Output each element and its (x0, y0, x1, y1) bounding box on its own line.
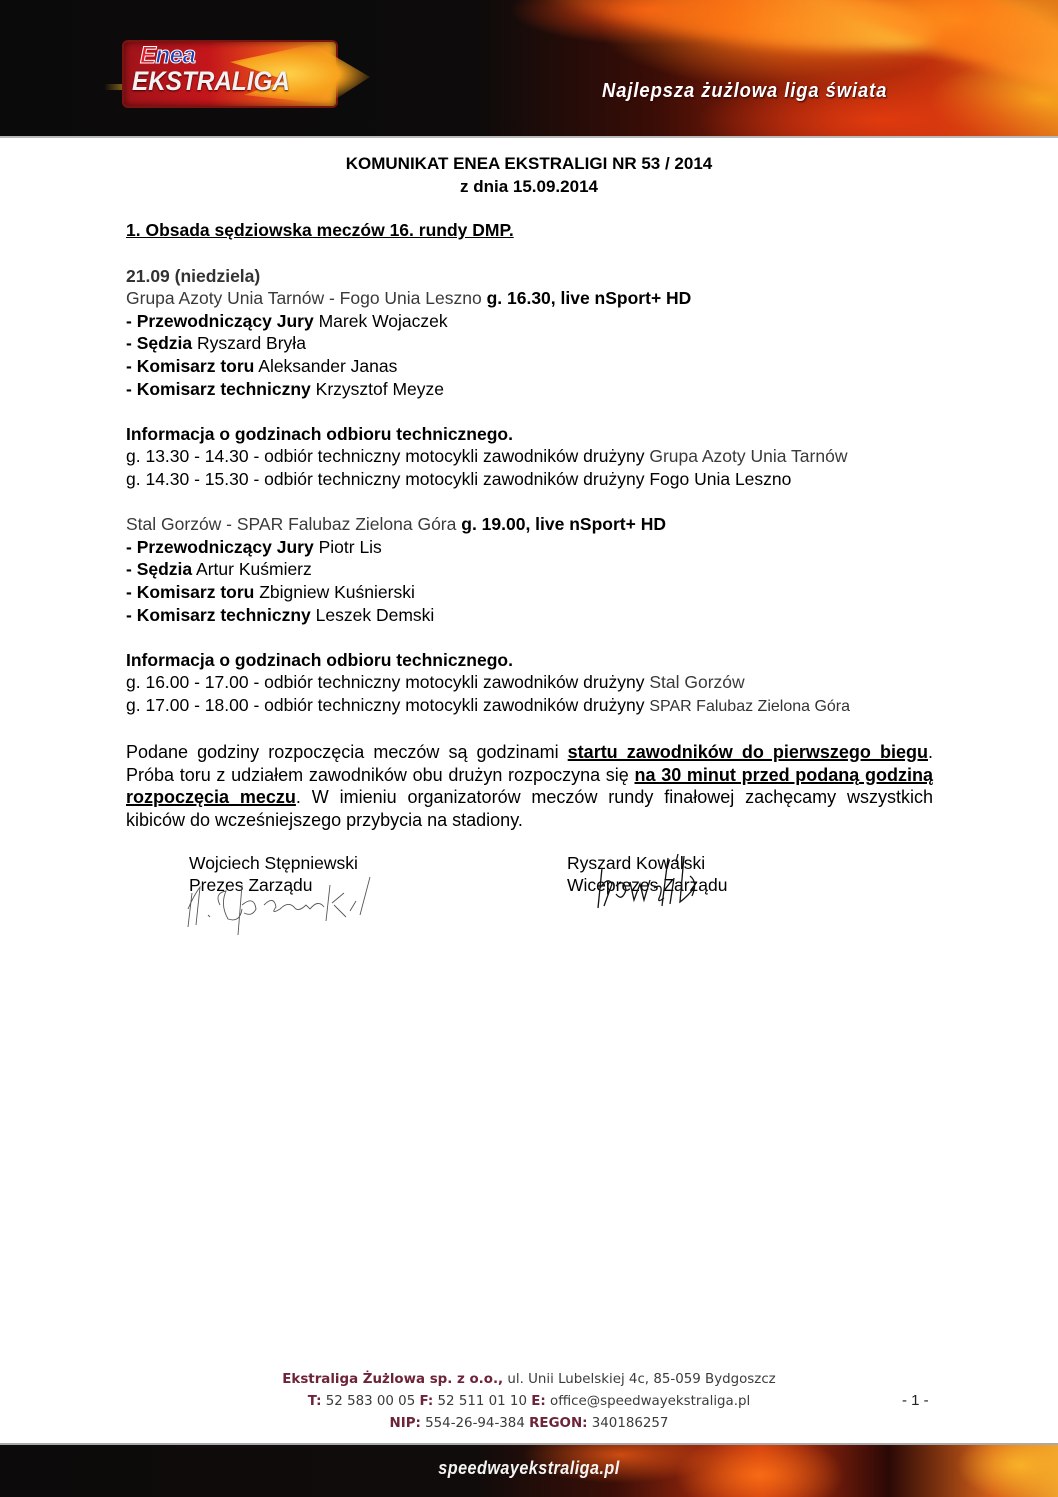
official-row: - Sędzia Ryszard Bryła (126, 332, 933, 355)
tech-slot-team: SPAR Falubaz Zielona Góra (649, 698, 850, 715)
match-teams: Stal Gorzów - SPAR Falubaz Zielona Góra (126, 514, 456, 534)
official-row: - Komisarz techniczny Krzysztof Meyze (126, 378, 933, 401)
company-address-line: Ekstraliga Żużlowa sp. z o.o., ul. Unii … (0, 1369, 1058, 1391)
official-row: - Przewodniczący Jury Marek Wojaczek (126, 310, 933, 333)
signatory-name: Wojciech Stępniewski (189, 852, 358, 874)
nip-label: NIP: (390, 1416, 421, 1431)
logo-ekstraliga-text: EKSTRALIGA (132, 66, 290, 97)
match-time-broadcast: g. 19.00, live nSport+ HD (461, 514, 666, 534)
official-role: - Komisarz toru (126, 356, 254, 376)
official-name: Aleksander Janas (258, 356, 397, 376)
notice-text: Podane godziny rozpoczęcia meczów są god… (126, 742, 568, 762)
footer-website: speedwayekstraliga.pl (53, 1458, 1005, 1479)
match-header: Stal Gorzów - SPAR Falubaz Zielona Góra … (126, 513, 933, 536)
regon-label: REGON: (529, 1416, 587, 1431)
official-name: Krzysztof Meyze (316, 379, 444, 399)
company-contact-line: T: 52 583 00 05 F: 52 511 01 10 E: offic… (0, 1391, 1058, 1413)
tech-slot: g. 17.00 - 18.00 - odbiór techniczny mot… (126, 694, 933, 719)
match-header: Grupa Azoty Unia Tarnów - Fogo Unia Lesz… (126, 287, 933, 310)
notice-emphasis: startu zawodników do pierwszego biegu (568, 742, 928, 762)
phone-label: T: (308, 1394, 322, 1409)
official-row: - Komisarz techniczny Leszek Demski (126, 604, 933, 627)
official-role: - Komisarz techniczny (126, 379, 311, 399)
header-banner: Enea EKSTRALIGA Najlepsza żużlowa liga ś… (0, 0, 1058, 138)
official-name: Leszek Demski (316, 605, 435, 625)
tech-slot-text: g. 14.30 - 15.30 - odbiór techniczny mot… (126, 469, 644, 489)
match-time-broadcast: g. 16.30, live nSport+ HD (487, 288, 692, 308)
regon-value: 340186257 (588, 1416, 669, 1431)
signatory-vice-president: Ryszard Kowalski Wiceprezes Zarządu (567, 852, 727, 896)
tech-slot-text: g. 16.00 - 17.00 - odbiór techniczny mot… (126, 672, 644, 692)
match-day: 21.09 (niedziela) (126, 265, 933, 288)
official-name: Ryszard Bryła (197, 333, 306, 353)
tech-slot-team: Fogo Unia Leszno (649, 469, 791, 489)
signatory-title: Wiceprezes Zarządu (567, 874, 727, 896)
official-name: Artur Kuśmierz (196, 559, 312, 579)
official-name: Marek Wojaczek (319, 311, 448, 331)
company-info: Ekstraliga Żużlowa sp. z o.o., ul. Unii … (0, 1369, 1058, 1435)
email-value: office@speedwayekstraliga.pl (546, 1394, 750, 1409)
fax-value: 52 511 01 10 (433, 1394, 531, 1409)
signatory-name: Ryszard Kowalski (567, 852, 727, 874)
tech-slot-text: g. 13.30 - 14.30 - odbiór techniczny mot… (126, 446, 644, 466)
official-row: - Sędzia Artur Kuśmierz (126, 558, 933, 581)
match-block: Stal Gorzów - SPAR Falubaz Zielona Góra … (126, 513, 933, 718)
fax-label: F: (419, 1394, 433, 1409)
official-role: - Sędzia (126, 333, 192, 353)
tech-slot-team: Grupa Azoty Unia Tarnów (649, 446, 847, 466)
tech-slot-team: Stal Gorzów (649, 672, 744, 692)
document-content: 1. Obsada sędziowska meczów 16. rundy DM… (126, 219, 933, 831)
official-name: Piotr Lis (319, 537, 382, 557)
email-label: E: (531, 1394, 546, 1409)
company-registry-line: NIP: 554-26-94-384 REGON: 340186257 (0, 1413, 1058, 1435)
official-name: Zbigniew Kuśnierski (259, 582, 415, 602)
signatory-president: Wojciech Stępniewski Prezes Zarządu (189, 852, 358, 896)
company-name: Ekstraliga Żużlowa sp. z o.o., (282, 1372, 503, 1387)
tech-slot: g. 16.00 - 17.00 - odbiór techniczny mot… (126, 671, 933, 694)
official-role: - Komisarz techniczny (126, 605, 311, 625)
tech-inspection-heading: Informacja o godzinach odbioru techniczn… (126, 649, 933, 672)
phone-value: 52 583 00 05 (322, 1394, 420, 1409)
page-number: - 1 - (902, 1392, 929, 1409)
nip-value: 554-26-94-384 (421, 1416, 529, 1431)
official-row: - Komisarz toru Zbigniew Kuśnierski (126, 581, 933, 604)
tech-slot: g. 14.30 - 15.30 - odbiór techniczny mot… (126, 468, 933, 491)
tech-slot-text: g. 17.00 - 18.00 - odbiór techniczny mot… (126, 695, 644, 715)
document-date: z dnia 15.09.2014 (0, 175, 1058, 198)
header-tagline: Najlepsza żużlowa liga świata (602, 80, 887, 103)
signatory-title: Prezes Zarządu (189, 874, 358, 896)
match-teams: Grupa Azoty Unia Tarnów - Fogo Unia Lesz… (126, 288, 482, 308)
document-title-block: KOMUNIKAT ENEA EKSTRALIGI NR 53 / 2014 z… (0, 152, 1058, 198)
official-role: - Przewodniczący Jury (126, 311, 314, 331)
tech-slot: g. 13.30 - 14.30 - odbiór techniczny mot… (126, 445, 933, 468)
tech-inspection-heading: Informacja o godzinach odbioru techniczn… (126, 423, 933, 446)
notice-paragraph: Podane godziny rozpoczęcia meczów są god… (126, 741, 933, 831)
official-role: - Przewodniczący Jury (126, 537, 314, 557)
official-role: - Sędzia (126, 559, 192, 579)
official-row: - Przewodniczący Jury Piotr Lis (126, 536, 933, 559)
section-title: 1. Obsada sędziowska meczów 16. rundy DM… (126, 219, 933, 242)
document-title: KOMUNIKAT ENEA EKSTRALIGI NR 53 / 2014 (0, 152, 1058, 175)
official-row: - Komisarz toru Aleksander Janas (126, 355, 933, 378)
official-role: - Komisarz toru (126, 582, 254, 602)
company-address: ul. Unii Lubelskiej 4c, 85-059 Bydgoszcz (503, 1372, 776, 1387)
match-block: Grupa Azoty Unia Tarnów - Fogo Unia Lesz… (126, 287, 933, 490)
